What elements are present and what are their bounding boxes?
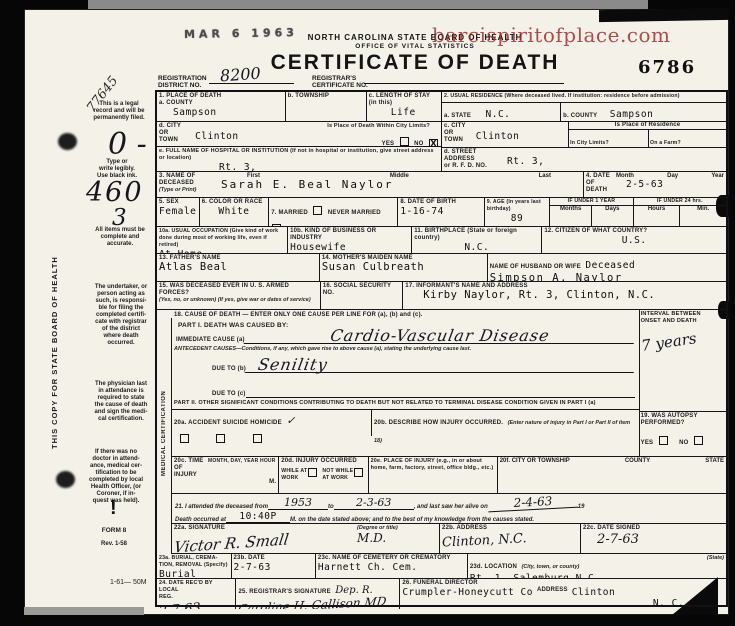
- pen-mark: ✓: [286, 414, 295, 427]
- form-revision: Rev. 1-58: [94, 541, 134, 548]
- burial-label: 23a. BURIAL, CREMA- TION, REMOVAL (Speci…: [159, 555, 229, 569]
- homicide-checkbox: [253, 434, 262, 443]
- hospital-label: e. FULL NAME OF HOSPITAL OR INSTITUTION …: [159, 148, 439, 162]
- hospital-value: Rt. 3,: [219, 162, 439, 171]
- usual-residence-title: 2. USUAL RESIDENCE (Where deceased lived…: [442, 92, 726, 101]
- street-address-label: d. STREET ADDRESS or R. F. D. NO.: [442, 148, 489, 171]
- length-of-stay-value: Life: [391, 107, 439, 118]
- if-under-24-hrs-label: IF UNDER 24 hrs.: [634, 198, 726, 206]
- husband-name-value: Simpson A. Naylor: [490, 273, 724, 281]
- state-label: a. STATE: [444, 113, 471, 119]
- attended-from-value: 1953: [268, 496, 328, 510]
- punch-hole: [56, 471, 75, 488]
- year-blank: 19: [578, 504, 585, 510]
- registration-district-label: REGISTRATION DISTRICT NO.: [158, 75, 207, 89]
- certificate-paper: 77645 This is a legal record and will be…: [24, 9, 729, 615]
- burial-date-value: 2-7-63: [234, 562, 313, 573]
- meridiem-label: M.: [208, 479, 276, 486]
- margin-exclamation-mark: !: [110, 497, 117, 520]
- form-number: FORM 8: [94, 527, 134, 534]
- year-colhead: Year: [711, 173, 724, 179]
- residence-question: Is Place of Residence: [569, 122, 726, 130]
- interval-label: INTERVAL BETWEEN ONSET AND DEATH: [641, 311, 725, 325]
- birthplace-value: N.C.: [414, 242, 539, 253]
- age-value: 89: [487, 213, 548, 224]
- suicide-checkbox: [216, 434, 225, 443]
- usual-occupation-value: At Home: [159, 249, 285, 253]
- all-items-note: All items must be complete and accurate.: [82, 227, 158, 248]
- certificate-number: 6786: [638, 57, 696, 78]
- medical-certification-label: MEDICAL CERTIFICATION: [161, 318, 167, 548]
- last-saw-alive-label: , and last saw her alive on: [414, 504, 488, 510]
- scan-artifact: [24, 607, 144, 615]
- funeral-director-value: Crumpler-Honeycutt Co: [402, 587, 533, 598]
- antecedent-causes-note: ANTECEDENT CAUSES—Conditions, if any, wh…: [172, 344, 639, 354]
- degree-value: M.D.: [357, 531, 437, 545]
- township-label: b. TOWNSHIP: [288, 93, 364, 100]
- on-a-farm-label: On a Farm?: [650, 140, 681, 146]
- spouse-deceased-note: Deceased: [585, 260, 635, 271]
- autopsy-label: 19. WAS AUTOPSY PERFORMED?: [641, 413, 725, 427]
- never-married-label: NEVER MARRIED: [328, 210, 381, 216]
- days-colhead: Days: [592, 206, 633, 226]
- website-watermark: barcispiritofplace.com: [432, 23, 671, 47]
- injury-city-label: 20f. CITY OR TOWNSHIP: [500, 458, 570, 464]
- autopsy-yes-checkbox: [659, 436, 668, 445]
- armed-forces-subnote: (Yes, no, or unknown) (If yes, give war …: [159, 297, 318, 303]
- funeral-address-state: N. C.: [402, 598, 684, 609]
- undertaker-note: The undertaker, or person acting as such…: [84, 284, 158, 347]
- while-at-work-label: WHILE AT WORK: [281, 468, 307, 482]
- copy-for-state-board-label: THIS COPY FOR STATE BOARD OF HEALTH: [50, 237, 59, 449]
- sex-label: 5. SEX: [159, 199, 197, 206]
- social-security-label: 16. SOCIAL SECURITY NO.: [323, 283, 400, 297]
- location-state-subnote: (State): [707, 555, 724, 561]
- funeral-director-label: 26. FUNERAL DIRECTOR: [402, 580, 724, 587]
- funeral-address-label: ADDRESS: [537, 587, 568, 598]
- months-colhead: Months: [550, 206, 592, 226]
- informant-value: Kirby Naylor, Rt. 3, Clinton, N.C.: [423, 290, 724, 301]
- yes-label: YES: [641, 440, 654, 446]
- date-of-death-value: 2-5-63: [626, 179, 724, 190]
- date-of-death-label: 4. DATE OF DEATH: [586, 173, 616, 196]
- color-or-race-value: White: [202, 206, 267, 217]
- date-of-birth-label: 8. DATE OF BIRTH: [400, 199, 481, 206]
- name-of-deceased-label: 3. NAME OF DECEASED: [159, 173, 217, 187]
- scan-artifact: [599, 8, 729, 22]
- last-saw-alive-value: 2-4-63: [487, 493, 578, 513]
- place-of-injury-label: 20e. PLACE OF INJURY (e.g., in or about …: [371, 458, 495, 472]
- location-label: 23d. LOCATION: [470, 564, 517, 570]
- never-married-checkbox: [272, 224, 281, 226]
- blank-line: [364, 82, 564, 84]
- not-while-at-work-label: NOT WHILE AT WORK: [322, 468, 353, 482]
- yes-label: YES: [382, 141, 395, 146]
- interval-value: 7 years: [640, 325, 726, 355]
- burial-value: Burial: [159, 569, 229, 578]
- location-subnote: (City, town, or county): [521, 564, 579, 570]
- accident-checkbox: [180, 434, 189, 443]
- city-or-town-value: Clinton: [195, 131, 239, 145]
- color-or-race-label: 6. COLOR OR RACE: [202, 199, 267, 206]
- medical-certification-strip: MEDICAL CERTIFICATION: [157, 318, 172, 554]
- min-colhead: Min.: [680, 206, 726, 226]
- margin-pen-number: 0 -: [108, 127, 147, 162]
- scanned-death-certificate: 77645 This is a legal record and will be…: [0, 0, 735, 626]
- usual-occupation-label: 10a. USUAL OCCUPATION (Give kind of work…: [159, 228, 285, 249]
- day-colhead: Day: [667, 173, 678, 179]
- length-of-stay-label: c. LENGTH OF STAY (in this): [369, 93, 439, 107]
- print-code: 1-61— 50M: [110, 579, 147, 586]
- due-to-b-label: DUE TO (b): [212, 366, 246, 373]
- yes-checkbox: [400, 137, 409, 146]
- sex-value: Female: [159, 206, 197, 217]
- state-value: N.C.: [486, 109, 511, 120]
- residence-city-label: c. CITY OR TOWN: [444, 123, 466, 146]
- armed-forces-label: 15. WAS DECEASED EVER IN U. S. ARMED FOR…: [159, 283, 318, 297]
- mothers-maiden-name-value: Susan Culbreath: [322, 262, 485, 273]
- legal-record-note: This is a legal record and will be perma…: [80, 101, 158, 122]
- no-label: NO: [679, 440, 688, 446]
- describe-injury-label: 20b. DESCRIBE HOW INJURY OCCURRED.: [374, 420, 503, 426]
- time-of-injury-subhead: MONTH, DAY, YEAR HOUR: [208, 458, 276, 465]
- in-city-limits-label: In City Limits?: [570, 140, 609, 146]
- married-label: 7. MARRIED: [271, 210, 308, 216]
- burial-date-label: 23b. DATE: [234, 555, 313, 562]
- date-of-birth-value: 1-16-74: [400, 206, 481, 217]
- while-at-work-checkbox: [308, 468, 317, 477]
- margin-pen-number: 460: [86, 177, 144, 208]
- married-checkbox: [313, 206, 322, 215]
- type-or-print-note: (Type or Print): [159, 187, 217, 193]
- death-occurred-label: Death occurred at: [175, 517, 226, 523]
- part2-label: PART II. OTHER SIGNIFICANT CONDITIONS CO…: [174, 400, 637, 407]
- certificate-title: CERTIFICATE OF DEATH: [200, 51, 630, 75]
- due-to-c-blank: [246, 387, 635, 398]
- husband-or-wife-label: NAME OF HUSBAND OR WIFE: [490, 264, 581, 270]
- age-label: 9. AGE (In years last birthday): [487, 199, 548, 213]
- immediate-cause-value: Cardio-Vascular Disease: [243, 329, 636, 344]
- autopsy-no-checkbox: [694, 436, 703, 445]
- attended-to-value: 2-3-63: [334, 496, 414, 510]
- cemetery-value: Harnett Ch. Cem.: [318, 562, 465, 573]
- immediate-cause-label: IMMEDIATE CAUSE (a): [176, 337, 245, 344]
- kind-of-business-label: 10b. KIND OF BUSINESS OR INDUSTRY: [290, 228, 409, 242]
- time-of-injury-label: 20c. TIME OF INJURY: [174, 458, 208, 492]
- birthplace-label: 11. BIRTHPLACE (State or foreign country…: [414, 228, 539, 242]
- certificate-form: 1. PLACE OF DEATH a. COUNTY Sampson b. T…: [155, 90, 728, 607]
- street-address-value: Rt. 3,: [507, 156, 544, 171]
- if-under-1-year-label: IF UNDER 1 YEAR: [550, 198, 632, 206]
- hours-colhead: Hours: [634, 206, 681, 226]
- cemetery-label: 23c. NAME OF CEMETERY OR CREMATORY: [318, 555, 465, 562]
- death-occurred-tail: M. on the date stated above; and to the …: [290, 517, 534, 523]
- kind-of-business-value: Housewife: [290, 242, 409, 253]
- residence-city-value: Clinton: [476, 131, 520, 146]
- county-value: Sampson: [173, 107, 283, 118]
- city-or-town-label: d. CITY OR TOWN: [159, 123, 181, 145]
- date-signed-label: 22c. DATE SIGNED: [583, 525, 724, 532]
- punch-hole: [58, 133, 77, 150]
- accident-suicide-homicide-label: 20a. ACCIDENT SUICIDE HOMICIDE: [174, 420, 282, 426]
- no-checkbox: X: [429, 139, 438, 146]
- registrar-signature-label: 25. REGISTRAR'S SIGNATURE: [238, 589, 330, 595]
- county-label: a. COUNTY: [159, 100, 283, 107]
- blank-line: [209, 82, 294, 84]
- due-to-c-label: DUE TO (c): [212, 391, 246, 398]
- registrars-certificate-label: REGISTRAR'S CERTIFICATE NO.: [312, 75, 368, 89]
- physician-note: The physician last in attendance is requ…: [84, 381, 158, 423]
- cause-of-death-header: 18. CAUSE OF DEATH — ENTER ONLY ONE CAUS…: [172, 310, 639, 321]
- last-colhead: Last: [539, 173, 551, 179]
- funeral-address-value: Clinton: [572, 587, 616, 598]
- citizen-label: 12. CITIZEN OF WHAT COUNTRY?: [544, 228, 724, 235]
- location-value: Rt. 1, Salemburg,N.C.: [470, 573, 724, 578]
- city-limits-question: Is Place of Death Within City Limits?: [327, 123, 439, 130]
- injury-county-label: COUNTY: [625, 458, 650, 464]
- deceased-name-value: Sarah E. Beal Naylor: [221, 179, 581, 190]
- injury-state-label: STATE: [705, 458, 724, 464]
- scan-top-edge: [88, 0, 648, 9]
- date-signed-value: 2-7-63: [597, 532, 724, 547]
- residence-county-value: Sampson: [610, 109, 654, 120]
- due-to-b-value: Senility: [245, 358, 636, 373]
- no-label: NO: [414, 141, 423, 146]
- residence-county-label: b. COUNTY: [563, 113, 597, 119]
- death-time-value: 10:40P: [226, 511, 290, 523]
- not-while-at-work-checkbox: [354, 468, 363, 477]
- injury-occurred-label: 20d. INJURY OCCURRED: [281, 458, 365, 465]
- attended-statement: 21. I attended the deceased from: [175, 504, 268, 510]
- citizen-value: U.S.: [544, 235, 724, 246]
- fathers-name-value: Atlas Beal: [159, 262, 317, 273]
- place-of-death-title: 1. PLACE OF DEATH: [159, 93, 283, 100]
